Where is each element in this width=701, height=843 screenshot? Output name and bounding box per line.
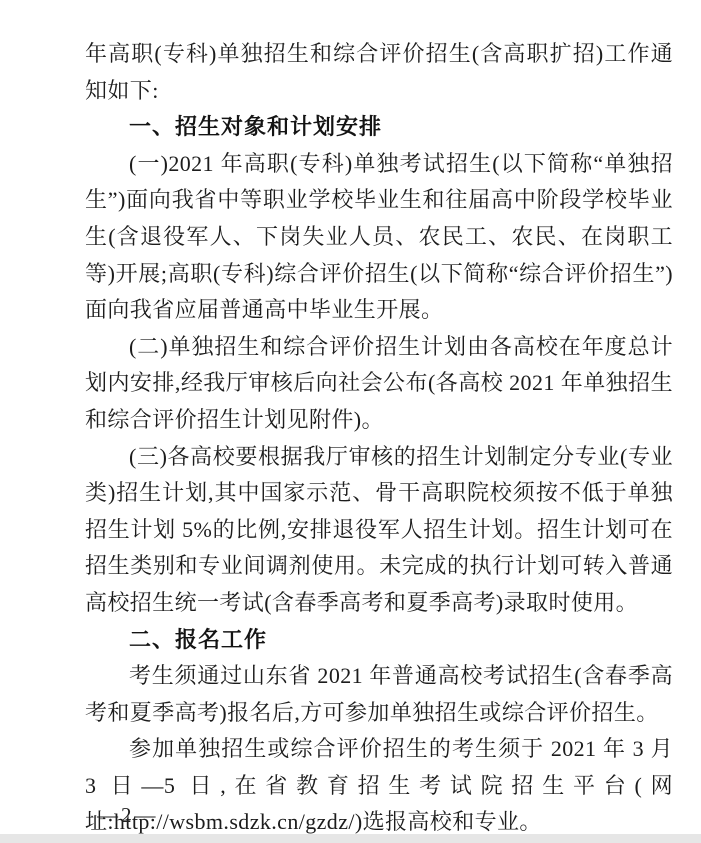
page-number: —2— bbox=[97, 803, 159, 828]
document-page: 年高职(专科)单独招生和综合评价招生(含高职扩招)工作通知如下:一、招生对象和计… bbox=[0, 0, 701, 843]
paragraph: (二)单独招生和综合评价招生计划由各高校在年度总计划内安排,经我厅审核后向社会公… bbox=[85, 329, 673, 439]
paragraph: (一)2021 年高职(专科)单独考试招生(以下简称“单独招生”)面向我省中等职… bbox=[85, 146, 673, 329]
document-text: 年高职(专科)单独招生和综合评价招生(含高职扩招)工作通知如下:一、招生对象和计… bbox=[85, 36, 673, 841]
paragraph: 考生须通过山东省 2021 年普通高校考试招生(含春季高考和夏季高考)报名后,方… bbox=[85, 658, 673, 731]
paragraph: 年高职(专科)单独招生和综合评价招生(含高职扩招)工作通知如下: bbox=[85, 36, 673, 109]
scan-bottom-edge bbox=[0, 834, 701, 843]
section-heading: 一、招生对象和计划安排 bbox=[85, 109, 673, 146]
paragraph: 参加单独招生或综合评价招生的考生须于 2021 年 3 月 3 日—5 日,在省… bbox=[85, 731, 673, 841]
paragraph: (三)各高校要根据我厅审核的招生计划制定分专业(专业类)招生计划,其中国家示范、… bbox=[85, 439, 673, 622]
section-heading: 二、报名工作 bbox=[85, 622, 673, 659]
